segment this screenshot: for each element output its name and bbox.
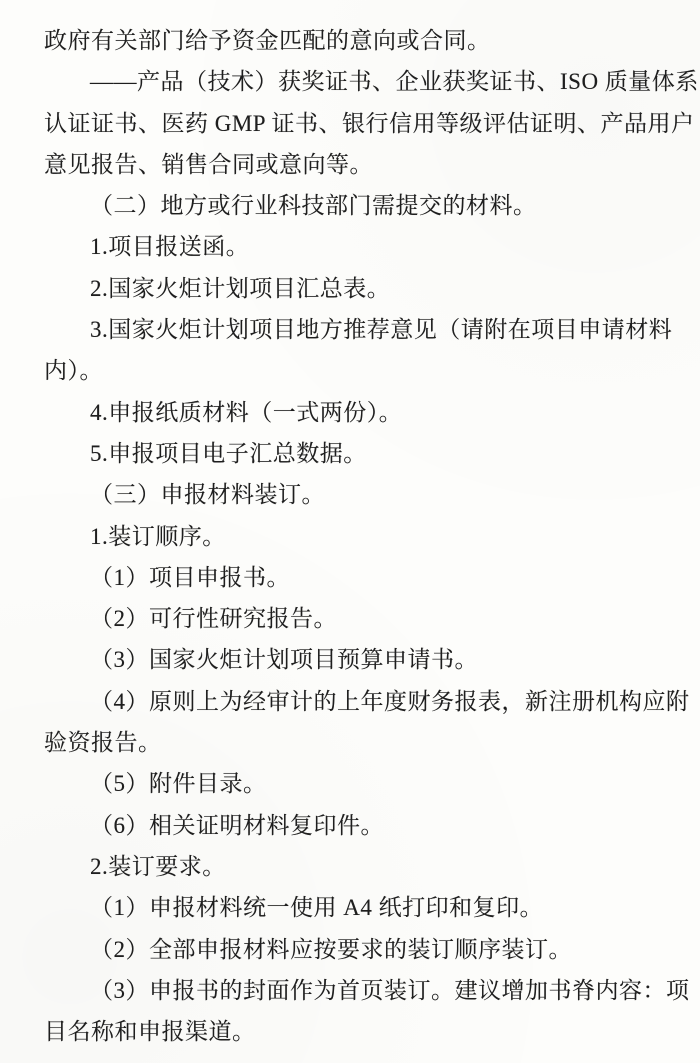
text-line: （3）国家火炬计划项目预算申请书。 — [44, 639, 662, 680]
text-line: （三）申报材料装订。 — [44, 474, 662, 515]
text-line: （2）全部申报材料应按要求的装订顺序装订。 — [44, 929, 662, 970]
text-line: 政府有关部门给予资金匹配的意向或合同。 — [44, 20, 662, 61]
text-line: 目名称和申报渠道。 — [44, 1011, 662, 1052]
text-line: （4）原则上为经审计的上年度财务报表，新注册机构应附 — [44, 681, 662, 722]
text-line: （二）地方或行业科技部门需提交的材料。 — [44, 185, 662, 226]
text-line: 3.国家火炬计划项目地方推荐意见（请附在项目申请材料 — [44, 309, 662, 350]
text-line: ——产品（技术）获奖证书、企业获奖证书、ISO 质量体系 — [44, 61, 662, 102]
text-line: （6）相关证明材料复印件。 — [44, 805, 662, 846]
text-line: 验资报告。 — [44, 722, 662, 763]
text-line: 认证证书、医药 GMP 证书、银行信用等级评估证明、产品用户 — [44, 103, 662, 144]
text-line: 内）。 — [44, 350, 662, 391]
text-line: 1.项目报送函。 — [44, 226, 662, 267]
text-line: 意见报告、销售合同或意向等。 — [44, 144, 662, 185]
text-line: （3）申报书的封面作为首页装订。建议增加书脊内容：项 — [44, 970, 662, 1011]
scanned-document-page: 政府有关部门给予资金匹配的意向或合同。 ——产品（技术）获奖证书、企业获奖证书、… — [0, 0, 700, 1063]
text-line: （2）可行性研究报告。 — [44, 598, 662, 639]
text-line: 1.装订顺序。 — [44, 516, 662, 557]
text-line: （5）附件目录。 — [44, 763, 662, 804]
text-line: 4.申报纸质材料（一式两份）。 — [44, 392, 662, 433]
text-line: （1）申报材料统一使用 A4 纸打印和复印。 — [44, 887, 662, 928]
text-line: 2.装订要求。 — [44, 846, 662, 887]
document-text-block: 政府有关部门给予资金匹配的意向或合同。 ——产品（技术）获奖证书、企业获奖证书、… — [44, 20, 662, 1052]
text-line: （1）项目申报书。 — [44, 557, 662, 598]
text-line: 5.申报项目电子汇总数据。 — [44, 433, 662, 474]
text-line: 2.国家火炬计划项目汇总表。 — [44, 268, 662, 309]
